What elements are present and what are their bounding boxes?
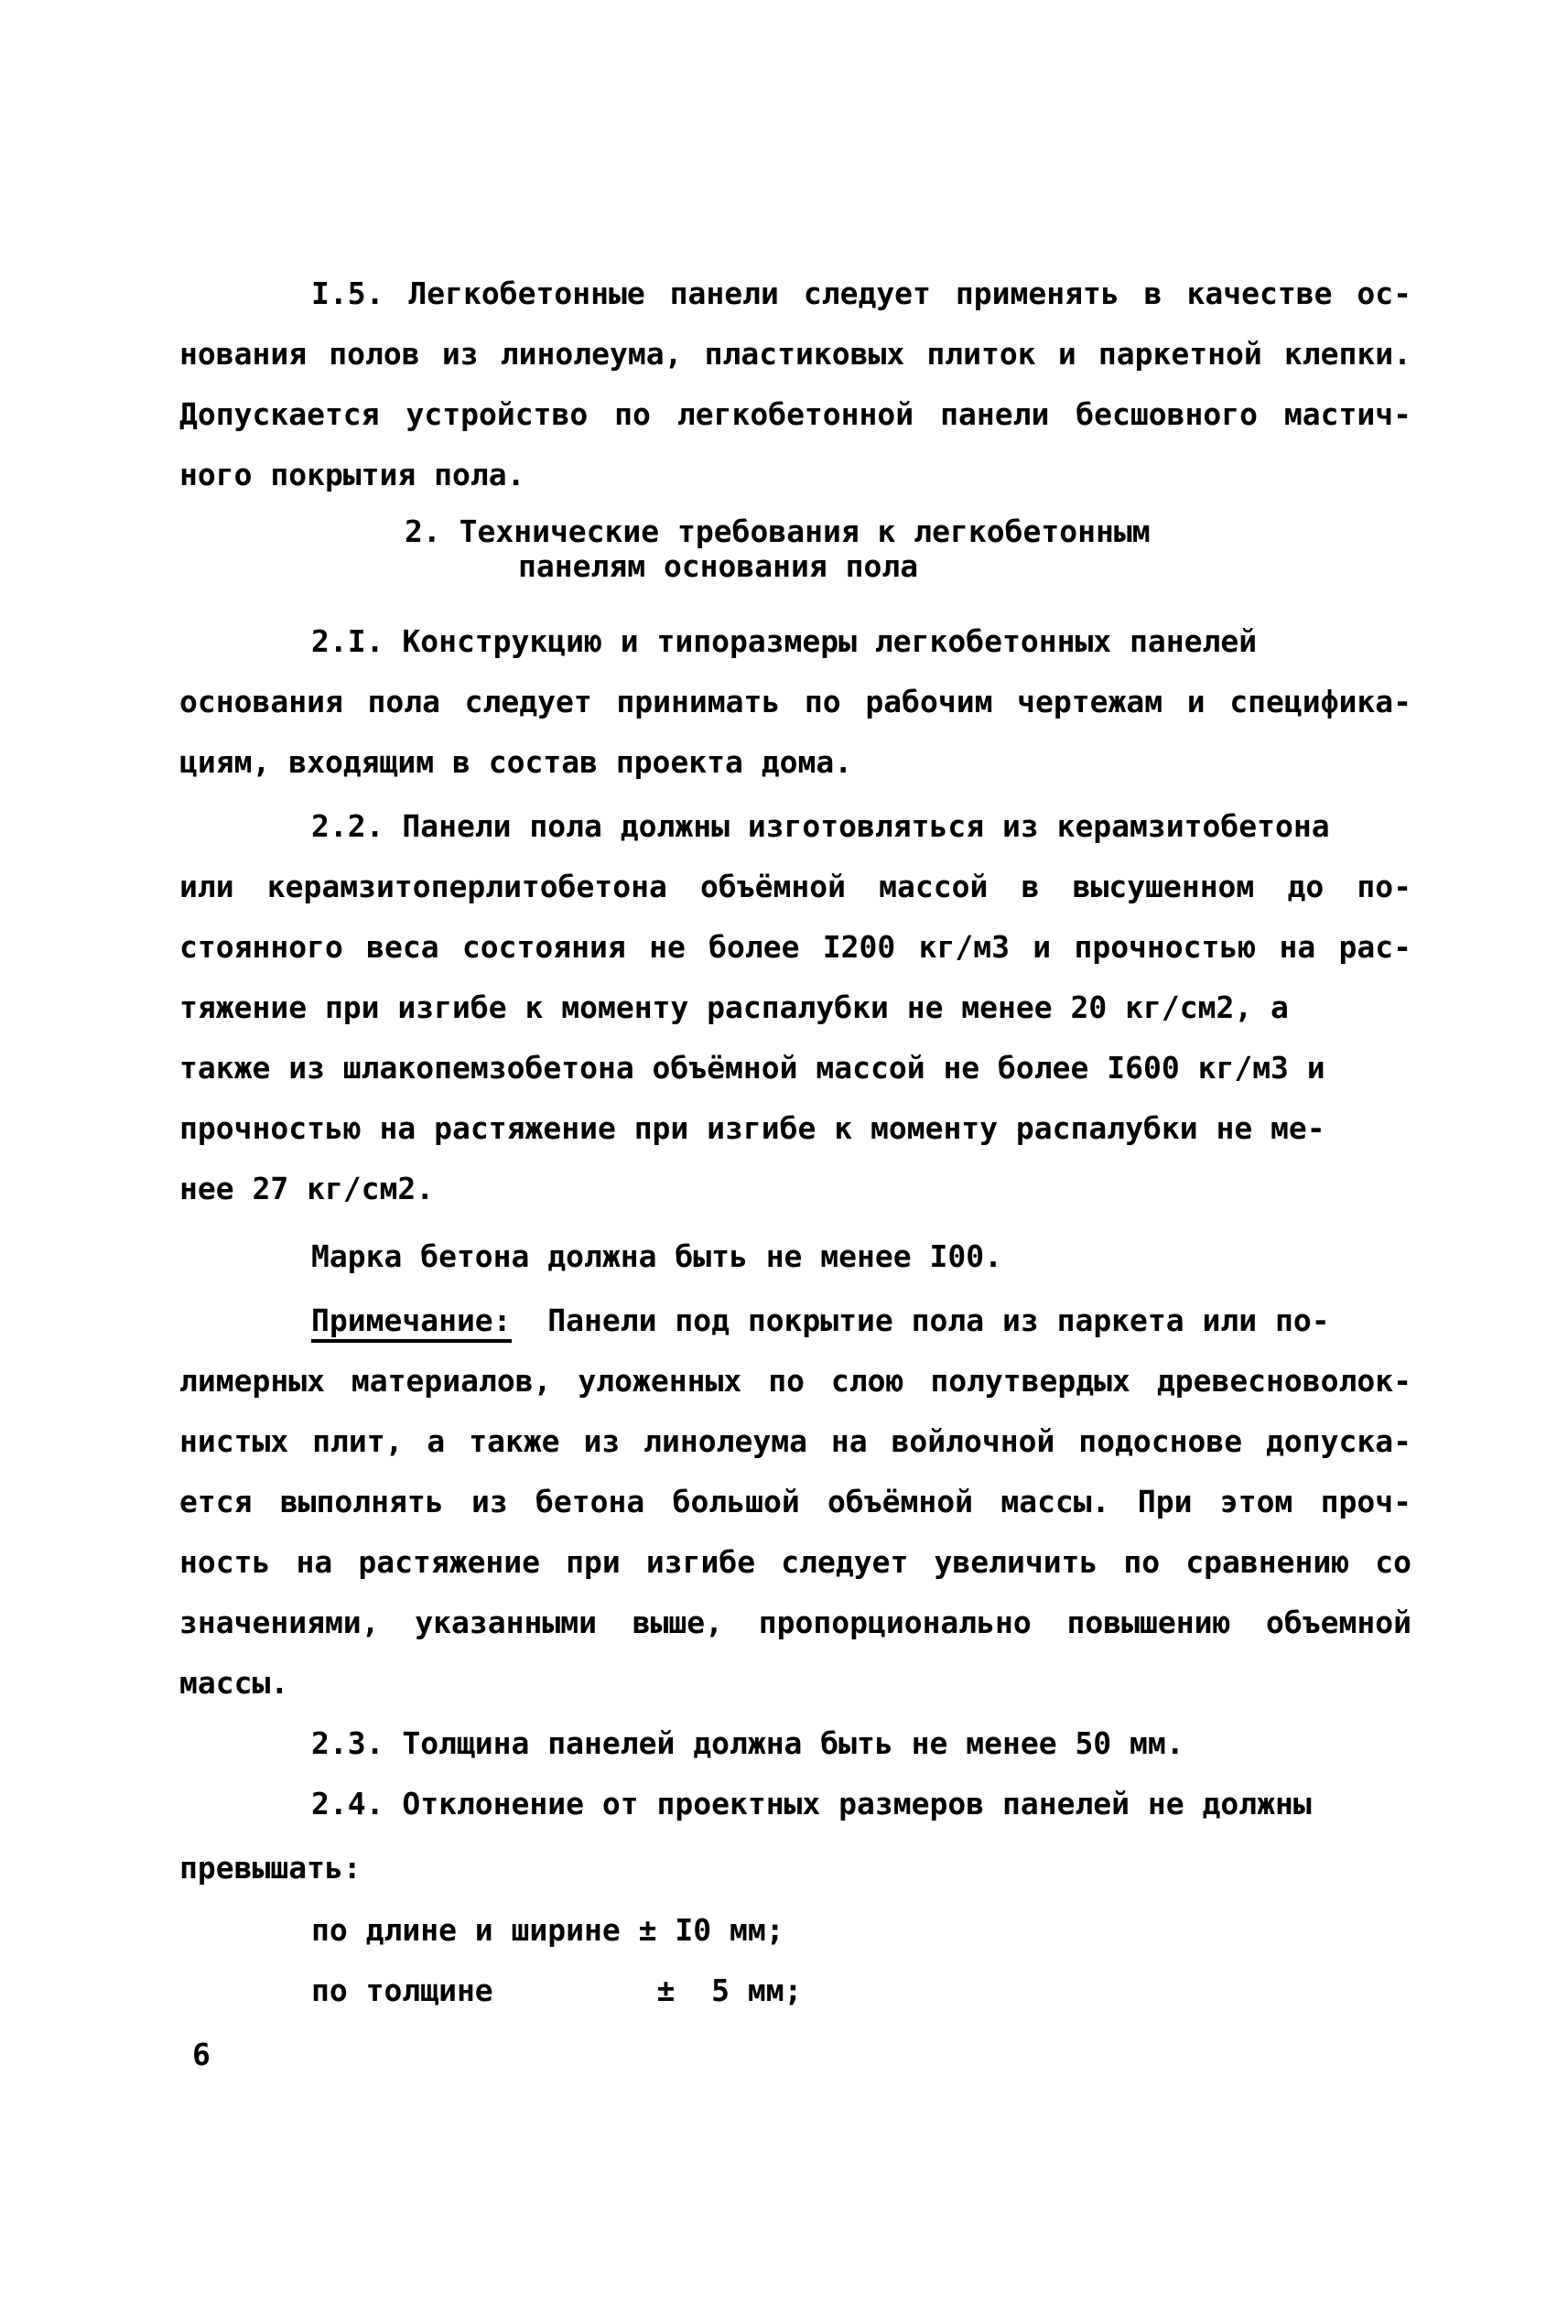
text-line: ного покрытия пола. <box>179 445 1411 505</box>
text-line: нования полов из линолеума, пластиковых … <box>179 324 1411 384</box>
text-line: тяжение при изгибе к моменту распалубки … <box>179 978 1411 1038</box>
text-line: 2.I. Конструкцию и типоразмеры легкобето… <box>179 611 1411 672</box>
section-heading-line: 2. Технические требования к легкобетонны… <box>179 514 1411 549</box>
text-line: по длине и ширине ± I0 мм; <box>179 1900 1411 1961</box>
section-heading-line: панелям основания пола <box>179 549 1411 584</box>
text-line: прочностью на растяжение при изгибе к мо… <box>179 1098 1411 1159</box>
text-line: стоянного веса состояния не более I200 к… <box>179 917 1411 978</box>
text-line: I.5. Легкобетонные панели следует примен… <box>179 264 1411 324</box>
document-text: I.5. Легкобетонные панели следует примен… <box>179 264 1411 2021</box>
page-number: 6 <box>192 2025 211 2085</box>
text-line: значениями, указанными выше, пропорциона… <box>179 1593 1411 1653</box>
text-line: ется выполнять из бетона большой объёмно… <box>179 1472 1411 1532</box>
text-line: Примечание: Панели под покрытие пола из … <box>179 1291 1411 1351</box>
text-line: 2.4. Отклонение от проектных размеров па… <box>179 1774 1411 1834</box>
text-line: массы. <box>179 1653 1411 1713</box>
text-line: циям, входящим в состав проекта дома. <box>179 732 1411 793</box>
document-page: I.5. Легкобетонные панели следует примен… <box>0 0 1568 2324</box>
text-line: превышать: <box>179 1838 1411 1898</box>
text-line: Допускается устройство по легкобетонной … <box>179 384 1411 445</box>
text-line: нистых плит, а также из линолеума на вой… <box>179 1411 1411 1472</box>
underlined-term: Примечание: <box>311 1303 512 1343</box>
text-line: 2.2. Панели пола должны изготовляться из… <box>179 796 1411 857</box>
text-line: ность на растяжение при изгибе следует у… <box>179 1532 1411 1593</box>
text-line: лимерных материалов, уложенных по слою п… <box>179 1351 1411 1411</box>
text-line: или керамзитоперлитобетона объёмной масс… <box>179 857 1411 917</box>
text-line: Марка бетона должна быть не менее I00. <box>179 1227 1411 1287</box>
text-line: основания пола следует принимать по рабо… <box>179 672 1411 732</box>
text-line: также из шлакопемзобетона объёмной массо… <box>179 1038 1411 1098</box>
text-line: 2.3. Толщина панелей должна быть не мене… <box>179 1713 1411 1774</box>
text-line: по толщине ± 5 мм; <box>179 1961 1411 2021</box>
text-line: нее 27 кг/см2. <box>179 1159 1411 1219</box>
